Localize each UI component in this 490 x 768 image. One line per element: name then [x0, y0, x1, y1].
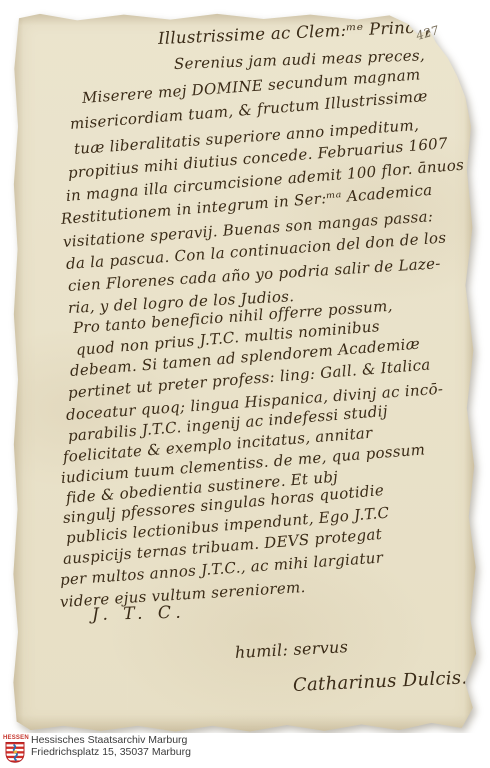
archive-footer: HESSEN — [0, 733, 490, 768]
hessen-logo: HESSEN — [3, 735, 30, 763]
valediction: humil: servus — [235, 639, 349, 661]
archive-address-block: Hessisches Staatsarchiv Marburg Friedric… — [31, 734, 191, 758]
manuscript-scan: Illustrissime ac Clem:ᵐᵉ Princeps, / Ser… — [0, 0, 490, 768]
sender-initials: J. T. C. — [92, 605, 186, 624]
paper-shadow-wrap: Illustrissime ac Clem:ᵐᵉ Princeps, / Ser… — [0, 0, 490, 745]
archive-address: Friedrichsplatz 15, 35037 Marburg — [31, 746, 191, 758]
archive-name: Hessisches Staatsarchiv Marburg — [31, 734, 191, 746]
hessen-coat-of-arms-icon — [5, 742, 25, 763]
manuscript-paper: Illustrissime ac Clem:ᵐᵉ Princeps, / Ser… — [12, 11, 478, 733]
signature: Catharinus Dulcis. — [293, 669, 468, 695]
hessen-logo-text: HESSEN — [3, 735, 30, 741]
